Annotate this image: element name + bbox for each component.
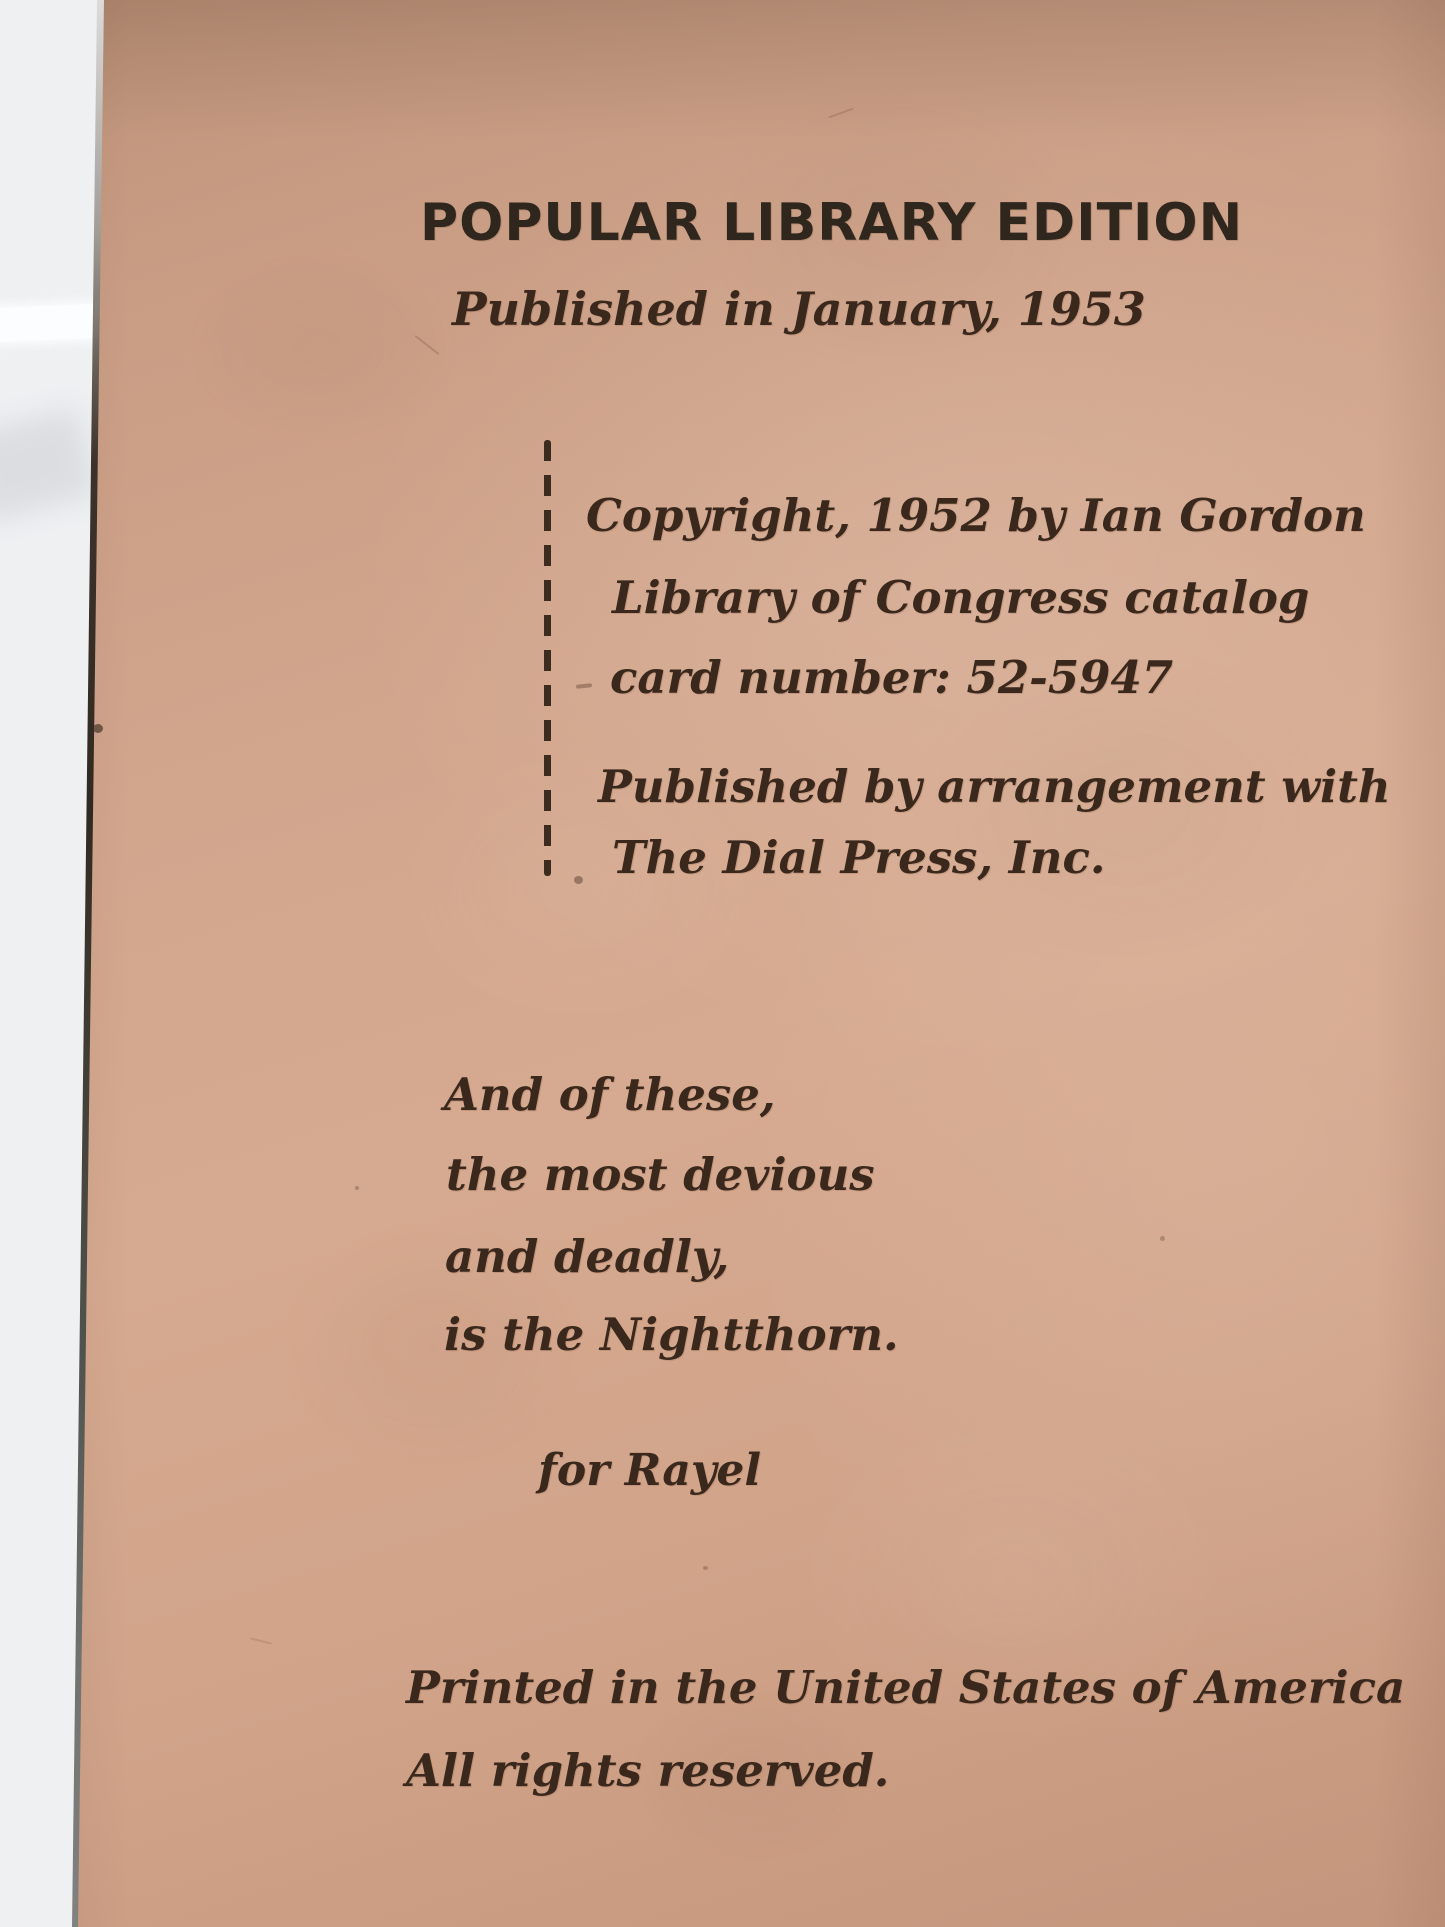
epigraph-line: the most devious [446,1148,875,1201]
paper-fiber [250,1637,272,1644]
catalog-line: Library of Congress catalog [612,571,1309,624]
epigraph-line: and deadly, [445,1230,729,1283]
backdrop-shadow-streak [0,407,99,523]
paper-fiber [828,108,853,119]
publisher-line: The Dial Press, Inc. [612,831,1106,884]
epigraph-line: is the Nightthorn. [444,1308,899,1361]
printed-line: Printed in the United States of America [406,1661,1405,1714]
paper-fiber [415,335,440,355]
paper-fiber [576,683,592,689]
paper-speck [1160,1236,1165,1241]
paper-speck [703,1566,708,1570]
backdrop-highlight-streak [0,304,99,343]
arrangement-line: Published by arrangement with [598,760,1391,813]
book-page: POPULAR LIBRARY EDITION Published in Jan… [0,0,1445,1927]
paper-speck [574,876,583,884]
copyright-dotted-rule [544,440,551,876]
publish-date-line: Published in January, 1953 [452,282,1146,336]
epigraph-line: And of these, [444,1068,776,1121]
edition-heading: POPULAR LIBRARY EDITION [420,193,1243,253]
card-number-line: card number: 52-5947 [610,651,1173,704]
rights-line: All rights reserved. [406,1744,889,1797]
dedication-line: for Rayel [538,1445,761,1496]
paper-speck [93,724,103,733]
photo-frame: POPULAR LIBRARY EDITION Published in Jan… [0,0,1445,1927]
copyright-line: Copyright, 1952 by Ian Gordon [586,489,1366,542]
paper-speck [355,1186,359,1190]
